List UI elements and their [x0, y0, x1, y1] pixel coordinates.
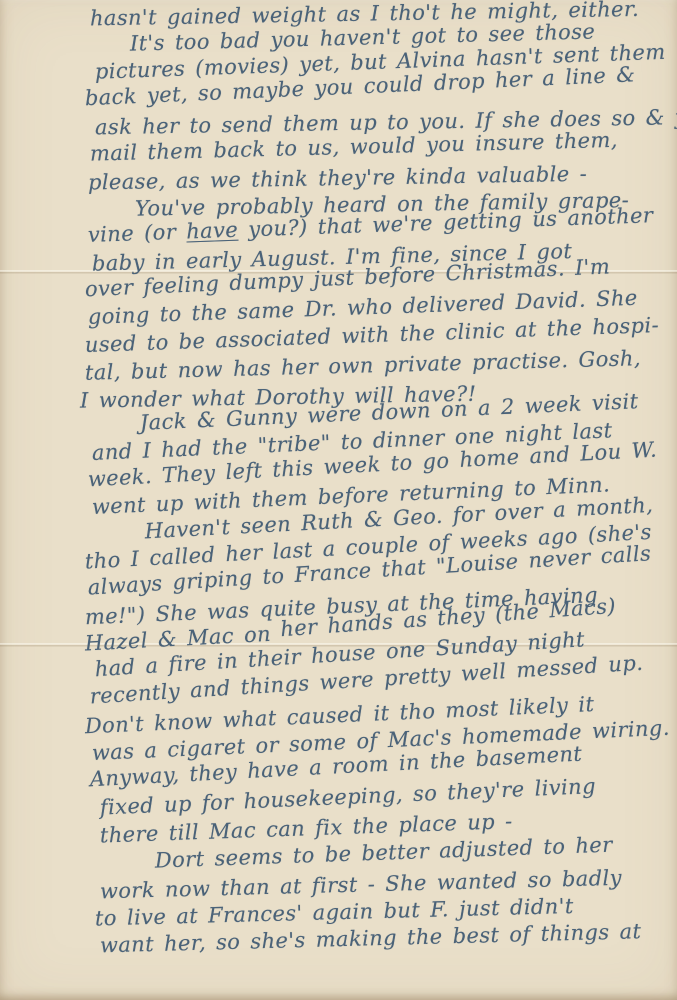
letter-page: hasn't gained weight as I tho't he might… — [0, 0, 677, 1000]
underlined-word: have — [186, 218, 239, 244]
letter-body: hasn't gained weight as I tho't he might… — [0, 7, 677, 962]
line-text: vine (or — [88, 220, 187, 247]
